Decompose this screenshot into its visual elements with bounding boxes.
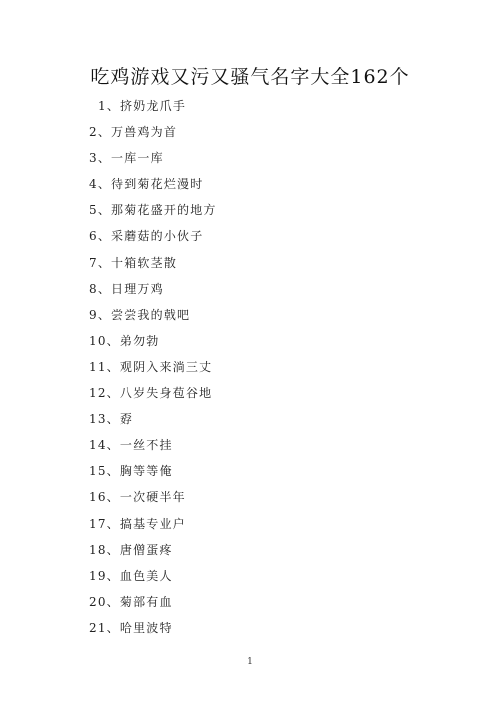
- page-number: 1: [0, 657, 500, 667]
- list-item: 16、一次硬半年: [89, 487, 217, 513]
- list-item: 21、哈里波特: [89, 618, 217, 644]
- list-item: 15、胸等等俺: [89, 461, 217, 487]
- document-title: 吃鸡游戏又污又骚气名字大全162个: [0, 62, 500, 89]
- list-item: 10、弟勿勃: [89, 331, 217, 357]
- name-list: 1、挤奶龙爪手 2、万兽鸡为首 3、一库一库 4、待到菊花烂漫时 5、那菊花盛开…: [89, 96, 217, 644]
- list-item: 2、万兽鸡为首: [89, 122, 217, 148]
- list-item: 11、观阴入来淌三丈: [89, 357, 217, 383]
- list-item: 4、待到菊花烂漫时: [89, 174, 217, 200]
- list-item: 18、唐僧蛋疼: [89, 540, 217, 566]
- list-item: 14、一丝不挂: [89, 435, 217, 461]
- list-item: 1、挤奶龙爪手: [89, 96, 217, 122]
- list-item: 8、日理万鸡: [89, 279, 217, 305]
- list-item: 7、十箱软茎散: [89, 253, 217, 279]
- list-item: 5、那菊花盛开的地方: [89, 200, 217, 226]
- list-item: 17、搞基专业户: [89, 514, 217, 540]
- list-item: 13、孬: [89, 409, 217, 435]
- list-item: 20、菊部有血: [89, 592, 217, 618]
- list-item: 6、采蘑菇的小伙子: [89, 226, 217, 252]
- list-item: 3、一库一库: [89, 148, 217, 174]
- list-item: 12、八岁失身苞谷地: [89, 383, 217, 409]
- list-item: 19、血色美人: [89, 566, 217, 592]
- document-page: 吃鸡游戏又污又骚气名字大全162个 1、挤奶龙爪手 2、万兽鸡为首 3、一库一库…: [0, 0, 500, 707]
- list-item: 9、尝尝我的戟吧: [89, 305, 217, 331]
